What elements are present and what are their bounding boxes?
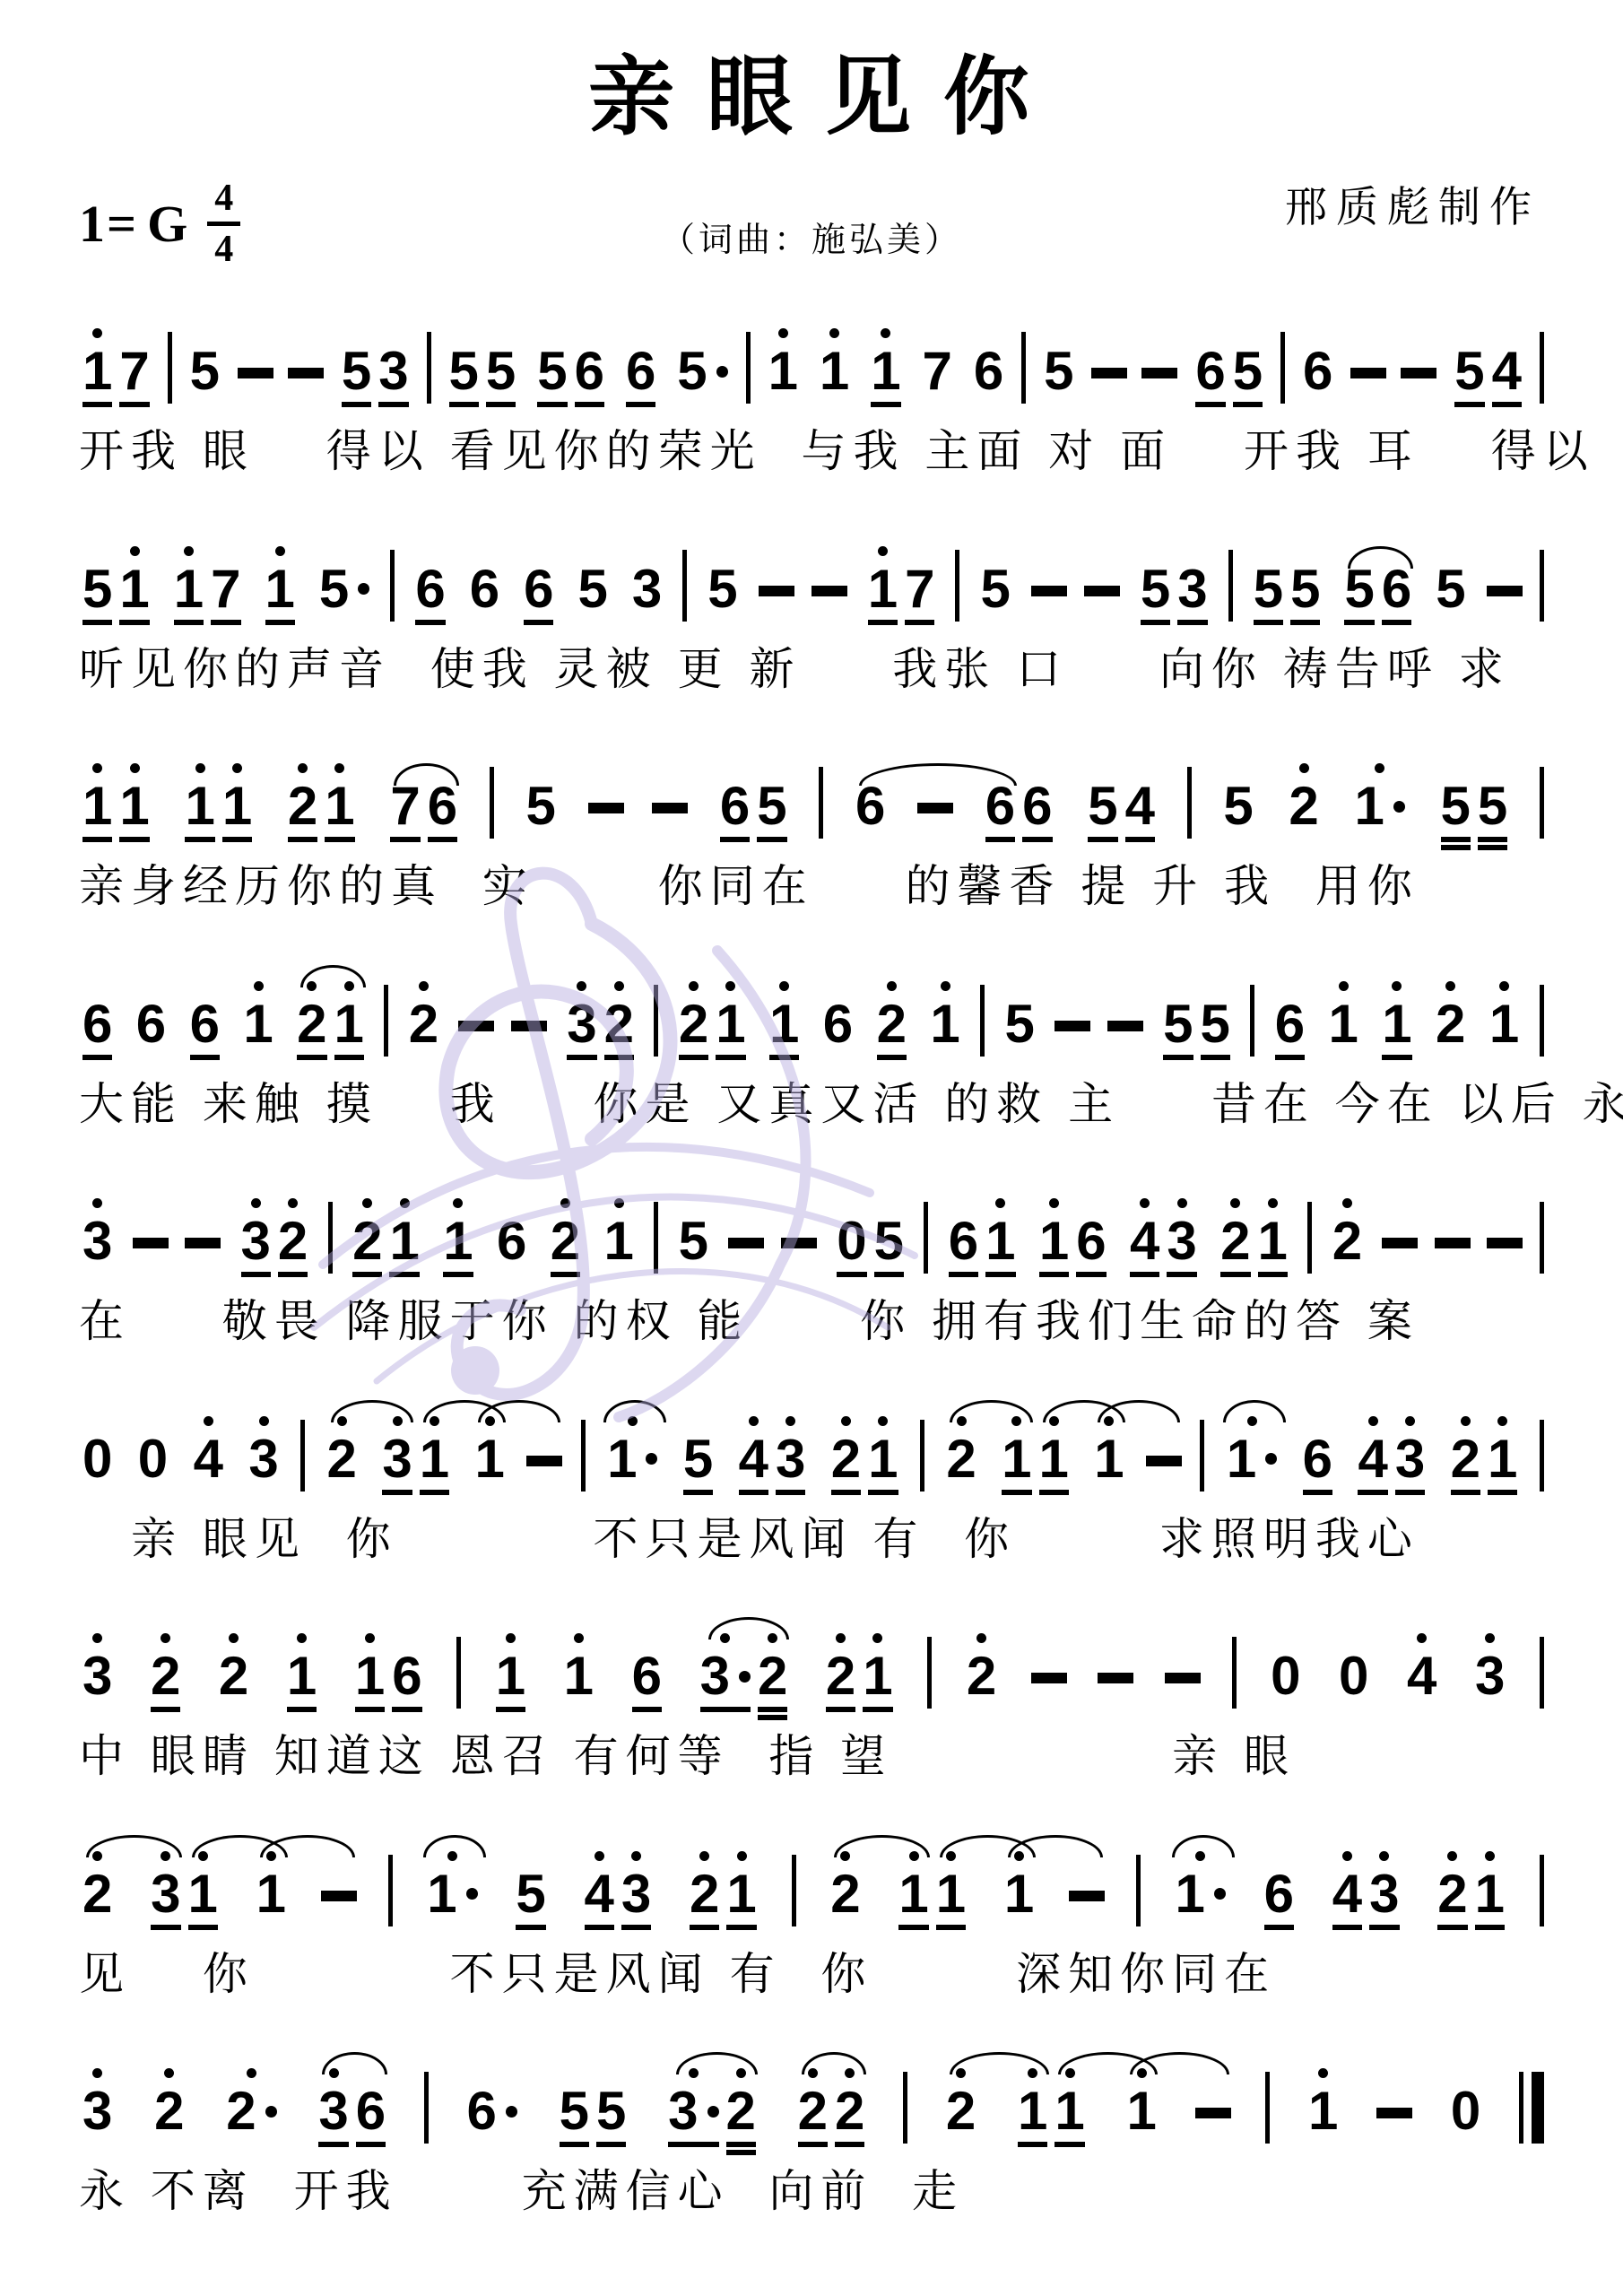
lyrics-line: 在 敬畏 降服于你 的权 能 你 拥有我们生命的答 案: [79, 1293, 1544, 1350]
note: 2: [547, 1198, 584, 1284]
note: 6: [1072, 1214, 1109, 1284]
beat-group: 11: [181, 763, 256, 849]
note: 5: [1040, 344, 1077, 414]
octave-dot: [577, 981, 586, 991]
note: 1: [1172, 1851, 1229, 1937]
octave-dot: [737, 1851, 747, 1861]
note: 6: [1192, 344, 1228, 414]
beat-group: 5: [575, 562, 612, 632]
beat-group: 2: [873, 981, 910, 1067]
beat-group: 1: [926, 981, 963, 1067]
octave-dot: [400, 1198, 410, 1208]
beat-group: [185, 1238, 221, 1284]
beat-group: 55: [1437, 779, 1512, 849]
beat-group: [328, 1202, 333, 1284]
beat-group: 05: [833, 1214, 907, 1284]
note: 2: [963, 1633, 1000, 1719]
beat-group: 2: [147, 1633, 184, 1719]
note: 1: [471, 1416, 508, 1502]
note: 2: [831, 2068, 868, 2154]
barline: [328, 1202, 333, 1274]
beat-group: 32: [563, 981, 638, 1067]
note: 5: [1437, 779, 1474, 849]
beat-group: [1146, 1456, 1182, 1502]
note: 1: [867, 328, 904, 414]
note: 6: [1378, 562, 1415, 632]
note: 1: [864, 546, 901, 632]
barline: [927, 1637, 932, 1709]
augmentation-dot: [358, 583, 369, 595]
beat-group: [1540, 985, 1544, 1067]
dash-extend: [1098, 1673, 1133, 1683]
line-block: 004323111543212111164321 亲 眼见 你 不只是风闻 有 …: [79, 1396, 1544, 1568]
octave-dot: [995, 1198, 1005, 1208]
octave-dot: [836, 1633, 846, 1643]
note: 5: [482, 344, 519, 414]
slur-arc: [300, 965, 366, 987]
rest-note: 0: [1267, 1649, 1304, 1719]
beat-group: 1: [867, 328, 904, 414]
octave-dot: [229, 1633, 239, 1643]
dash-extend: [458, 1021, 494, 1031]
beat-group: [1250, 985, 1254, 1067]
note: 6: [629, 1649, 665, 1719]
beat-group: 6: [79, 997, 116, 1067]
beat-group: [1069, 1891, 1105, 1937]
octave-dot: [419, 981, 429, 991]
music-line: 5117156665351755355565: [79, 526, 1544, 632]
octave-dot: [275, 546, 285, 556]
note: 1: [239, 981, 276, 1067]
beat-group: 21: [686, 1851, 760, 1937]
note: 1: [712, 981, 749, 1067]
note: 3: [563, 981, 600, 1067]
note: 1: [219, 763, 256, 849]
note: 2: [794, 2068, 831, 2154]
barline: [1200, 1420, 1204, 1492]
slur-arc: [1172, 1835, 1235, 1857]
beat-group: [1141, 368, 1177, 414]
note: 3: [697, 1633, 754, 1719]
beat-group: 1: [1172, 1851, 1229, 1937]
barline: [792, 1855, 796, 1926]
beat-group: [588, 803, 624, 849]
beat-group: 5: [316, 562, 373, 632]
beat-group: 2: [1432, 981, 1469, 1067]
beat-group: 16: [352, 1633, 426, 1719]
note: 4: [581, 1851, 618, 1937]
note: 3: [79, 2068, 116, 2154]
note: 1: [1350, 763, 1408, 849]
slur-arc: [676, 2052, 758, 2074]
note: 2: [601, 981, 638, 1067]
beat-group: [388, 1855, 393, 1937]
beat-group: 51: [79, 546, 153, 632]
note: 3: [378, 1416, 415, 1502]
note: 5: [1084, 779, 1121, 849]
octave-dot: [1499, 981, 1509, 991]
barline: [654, 1202, 658, 1274]
dash-extend: [1141, 368, 1177, 378]
lyrics-line: 亲 眼见 你 不只是风闻 有 你 求照明我心: [79, 1511, 1544, 1568]
beat-group: 21: [828, 1416, 902, 1502]
beat-group: 5: [1002, 997, 1038, 1067]
octave-dot: [1140, 1198, 1150, 1208]
beat-group: [456, 1637, 461, 1719]
note: 3: [79, 1633, 116, 1719]
line-block: 322116116322120043中 眼睛 知道这 恩召 有何等 指 望 亲 …: [79, 1613, 1544, 1785]
beat-group: 11: [1014, 2068, 1089, 2154]
beat-group: 6: [1299, 344, 1336, 414]
octave-dot: [725, 981, 735, 991]
beat-group: 1: [1350, 763, 1408, 849]
beat-group: [1136, 1855, 1141, 1937]
octave-dot: [749, 1416, 759, 1426]
note: 2: [942, 1416, 979, 1502]
beat-group: 11: [79, 763, 153, 849]
note: 1: [1324, 981, 1361, 1067]
music-line: 332211621505611643212: [79, 1178, 1544, 1284]
note: 4: [190, 1416, 227, 1502]
note: 1: [1036, 1198, 1072, 1284]
beat-group: 6: [970, 344, 1007, 414]
beat-group: [682, 550, 687, 632]
music-line: 322366553222211110: [79, 2048, 1544, 2154]
octave-dot: [161, 1633, 170, 1643]
dash-extend: [1146, 1456, 1182, 1466]
beat-group: 21: [1447, 1416, 1522, 1502]
key-signature: 1= G 4 4: [79, 179, 240, 268]
beat-group: 1: [439, 1198, 476, 1284]
note: 2: [754, 1633, 791, 1719]
beat-group: 1: [262, 546, 299, 632]
note: 1: [1123, 2068, 1159, 2154]
note: 6: [464, 2084, 521, 2154]
note: 2: [828, 1416, 864, 1502]
beat-group: [759, 586, 794, 632]
beat-group: 1: [1001, 1851, 1037, 1937]
note: 3: [1366, 1851, 1402, 1937]
note: 5: [338, 344, 375, 414]
beat-group: [924, 1202, 928, 1284]
octave-dot: [1375, 763, 1384, 773]
music-line: 111121765656665452155: [79, 744, 1544, 849]
dash-extend: [1382, 1238, 1418, 1248]
note: 7: [386, 779, 423, 849]
barline: [1307, 1202, 1312, 1274]
note: 2: [1285, 763, 1322, 849]
beat-group: 0: [1335, 1649, 1372, 1719]
dash-extend: [511, 1021, 547, 1031]
note: 6: [1019, 779, 1055, 849]
beat-group: [511, 1021, 547, 1067]
note: 2: [147, 1633, 184, 1719]
augmentation-dot: [506, 2106, 517, 2118]
octave-dot: [1342, 1198, 1352, 1208]
beat-group: [1540, 1202, 1544, 1284]
beat-group: 5: [1432, 562, 1469, 632]
beat-group: [920, 1420, 924, 1502]
beat-group: 6: [852, 779, 889, 849]
octave-dot: [184, 546, 194, 556]
dash-extend: [1084, 586, 1120, 596]
octave-dot: [1299, 763, 1309, 773]
barline: [1540, 1855, 1544, 1926]
note: 6: [520, 562, 557, 632]
dash-extend: [526, 1456, 562, 1466]
note: 1: [859, 1633, 896, 1719]
barline: [920, 1420, 924, 1492]
note: 2: [293, 981, 330, 1067]
lyrics-line: 听见你的声音 使我 灵被 更 新 我张 口 向你 祷告呼 求: [79, 641, 1544, 698]
barline: [456, 1637, 461, 1709]
octave-dot: [365, 1633, 375, 1643]
beat-group: [1200, 1420, 1204, 1502]
note: 1: [116, 763, 152, 849]
beat-group: 16: [1036, 1198, 1110, 1284]
octave-dot: [334, 763, 344, 773]
beat-group: 1: [560, 1633, 597, 1719]
beat-group: [917, 803, 953, 849]
beat-group: 3: [1471, 1633, 1508, 1719]
beat-group: [1350, 368, 1386, 414]
barline: [1540, 332, 1544, 404]
beat-group: 6: [466, 562, 503, 632]
beat-group: [1540, 332, 1544, 414]
note: 7: [919, 344, 956, 414]
octave-dot: [362, 1198, 372, 1208]
beat-group: [168, 332, 172, 414]
dash-extend: [811, 586, 847, 596]
beat-group: [1165, 1673, 1201, 1719]
note: 6: [970, 344, 1007, 414]
beat-group: 43: [1126, 1198, 1201, 1284]
note: 1: [321, 763, 358, 849]
beat-group: 31: [378, 1416, 453, 1502]
note: 5: [1137, 562, 1174, 632]
octave-dot: [1485, 1851, 1495, 1861]
note: 5: [512, 1867, 549, 1937]
beat-group: 65: [716, 779, 791, 849]
barline: [1232, 1637, 1237, 1709]
octave-dot: [1417, 1633, 1427, 1643]
note: 5: [575, 562, 612, 632]
note: 5: [1002, 997, 1038, 1067]
beat-group: [1021, 332, 1026, 414]
beat-group: 22: [794, 2068, 869, 2154]
beat-group: 1: [471, 1416, 508, 1502]
note: 5: [1229, 344, 1266, 414]
dash-extend: [1091, 368, 1127, 378]
beat-group: 6: [1271, 997, 1308, 1067]
dash-extend: [321, 1891, 357, 1901]
augmentation-dot: [707, 2106, 719, 2118]
note: 6: [716, 779, 753, 849]
octave-dot: [779, 981, 789, 991]
beat-group: 3: [79, 1633, 116, 1719]
octave-dot: [259, 1416, 269, 1426]
note: 1: [895, 1851, 932, 1937]
beat-group: [980, 985, 985, 1067]
key-letter: G: [147, 194, 187, 254]
beat-group: [1540, 767, 1544, 849]
beat-group: 55: [1250, 562, 1324, 632]
note: 1: [560, 1633, 597, 1719]
slur-arc: [322, 2052, 387, 2074]
octave-dot: [560, 1198, 570, 1208]
note: 2: [822, 1633, 859, 1719]
beat-group: 56: [1341, 562, 1415, 632]
dash-extend: [185, 1238, 221, 1248]
note: 7: [116, 344, 152, 414]
dash-extend: [238, 368, 273, 378]
dash-extend: [588, 803, 624, 813]
beat-group: 65: [1192, 344, 1266, 414]
note: 1: [331, 981, 368, 1067]
octave-dot: [254, 981, 264, 991]
octave-dot: [614, 1198, 624, 1208]
note: 3: [772, 1416, 809, 1502]
note: 2: [942, 2068, 979, 2154]
dash-extend: [1069, 1891, 1105, 1901]
octave-dot: [1368, 1416, 1378, 1426]
barline: [1540, 1202, 1544, 1274]
note: 5: [673, 344, 731, 414]
beat-group: 1: [603, 1416, 661, 1502]
barline: [1540, 550, 1544, 622]
note: 3: [618, 1851, 655, 1937]
music-line: 66612123221162155561121: [79, 961, 1544, 1067]
note: 5: [1159, 997, 1196, 1067]
beat-group: 1: [253, 1851, 290, 1937]
note: 5: [446, 344, 482, 414]
note: 1: [185, 1851, 221, 1937]
octave-dot: [699, 1851, 709, 1861]
note: 1: [1378, 981, 1415, 1067]
beat-group: 6: [464, 2084, 521, 2154]
note: 2: [723, 2068, 759, 2154]
beat-group: 1: [816, 328, 853, 414]
note: 1: [723, 1851, 759, 1937]
note: 1: [1254, 1198, 1291, 1284]
beat-group: 17: [79, 328, 153, 414]
note: 3: [1392, 1416, 1428, 1502]
beat-group: 17: [170, 546, 245, 632]
line-block: 23111543212111164321见 你 不只是风闻 有 你 深知你同在: [79, 1831, 1544, 2003]
note: 5: [1197, 997, 1234, 1067]
barline: [1540, 1420, 1544, 1492]
note: 1: [262, 546, 299, 632]
barline: [490, 767, 494, 839]
rest-note: 0: [79, 1432, 116, 1502]
beat-group: [1195, 2108, 1231, 2154]
note: 3: [375, 344, 412, 414]
dash-extend: [1165, 1673, 1201, 1683]
beat-group: 55: [1159, 997, 1234, 1067]
octave-dot: [1318, 2068, 1328, 2078]
note: 6: [1261, 1867, 1298, 1937]
octave-dot: [1342, 1851, 1352, 1861]
barline: [168, 332, 172, 404]
beat-group: 76: [386, 779, 461, 849]
beat-group: 32: [238, 1198, 312, 1284]
beat-group: [1098, 1673, 1133, 1719]
beat-group: 1: [1223, 1416, 1280, 1502]
note: 1: [170, 546, 207, 632]
beat-group: 6: [820, 997, 856, 1067]
slur-arc: [950, 2052, 1049, 2074]
music-line: 23111543212111164321: [79, 1831, 1544, 1937]
note: 2: [827, 1851, 864, 1937]
note: 5: [1219, 779, 1256, 849]
note: 1: [766, 981, 803, 1067]
note: 6: [352, 2084, 389, 2154]
beat-group: 1: [766, 981, 803, 1067]
note: 2: [274, 1198, 311, 1284]
beat-group: [927, 1637, 932, 1719]
beat-group: 3: [79, 1198, 116, 1284]
slur-arc: [859, 763, 1017, 786]
note: 7: [901, 562, 938, 632]
note: 1: [79, 763, 116, 849]
note: 3: [245, 1416, 282, 1502]
augmentation-dot: [646, 1453, 657, 1465]
line-block: 332211621505611643212在 敬畏 降服于你 的权 能 你 拥有…: [79, 1178, 1544, 1350]
octave-dot: [614, 981, 624, 991]
beat-group: 1: [283, 1633, 320, 1719]
note: 5: [1341, 562, 1377, 632]
line-block: 66612123221162155561121大能 来触 摸 我 你是 又真又活…: [79, 961, 1544, 1133]
note: 1: [416, 1416, 453, 1502]
beat-group: 66: [982, 779, 1056, 849]
note: 5: [522, 779, 559, 849]
note: 1: [439, 1198, 476, 1284]
beat-group: [955, 550, 959, 632]
octave-dot: [1230, 1198, 1240, 1208]
note: 5: [316, 562, 373, 632]
beat-group: 5: [187, 344, 223, 414]
beat-group: [238, 368, 273, 414]
lyricist-composer-credit: （词曲：施弘美）: [661, 212, 962, 261]
note: 2: [405, 981, 442, 1067]
octave-dot: [574, 1633, 584, 1643]
octave-dot: [1447, 1851, 1457, 1861]
beat-group: [1031, 1673, 1067, 1719]
octave-dot: [453, 1198, 463, 1208]
beat-group: 1: [1324, 981, 1361, 1067]
lyrics-line: 开我 眼 得以 看见你的荣光 与我 主面 对 面 开我 耳 得以: [79, 423, 1544, 480]
note: 6: [571, 344, 608, 414]
beat-group: 2: [547, 1198, 584, 1284]
music-line: 004323111543212111164321: [79, 1396, 1544, 1502]
beat-group: [133, 1238, 169, 1284]
beat-group: 53: [1137, 562, 1211, 632]
note: 5: [680, 1432, 716, 1502]
note: 6: [424, 779, 461, 849]
augmentation-dot: [716, 366, 728, 378]
beat-group: [1055, 1021, 1090, 1067]
octave-dot: [887, 981, 897, 991]
beat-group: 11: [998, 1416, 1072, 1502]
octave-dot: [298, 763, 308, 773]
note: 2: [349, 1198, 386, 1284]
beat-group: [1280, 332, 1285, 414]
beat-group: [1487, 1238, 1523, 1284]
beat-group: 17: [864, 546, 939, 632]
beat-group: [652, 803, 688, 849]
beat-group: [458, 1021, 494, 1067]
beat-group: [1084, 586, 1120, 632]
